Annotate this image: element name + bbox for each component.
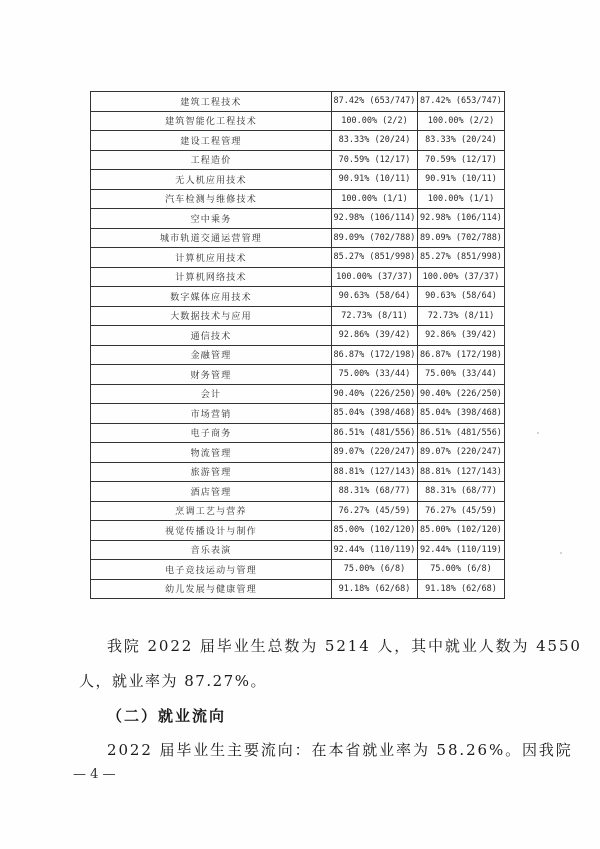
rate-cell-a: 72.73% (8/11) — [332, 306, 418, 326]
major-cell: 汽车检测与维修技术 — [91, 189, 332, 209]
rate-cell-a: 100.00% (2/2) — [332, 111, 418, 131]
rate-cell-b: 76.27% (45/59) — [418, 501, 505, 521]
major-cell: 建筑工程技术 — [91, 92, 332, 112]
rate-cell-b: 83.33% (20/24) — [418, 131, 505, 151]
major-cell: 旅游管理 — [91, 462, 332, 482]
table-row: 视觉传播设计与制作85.00% (102/120)85.00% (102/120… — [91, 521, 505, 541]
rate-cell-b: 85.00% (102/120) — [418, 521, 505, 541]
table-body: 建筑工程技术87.42% (653/747)87.42% (653/747) 建… — [91, 92, 505, 599]
rate-cell-a: 90.91% (10/11) — [332, 170, 418, 190]
employment-rate-table: 建筑工程技术87.42% (653/747)87.42% (653/747) 建… — [90, 91, 501, 599]
table-row: 烹调工艺与营养76.27% (45/59)76.27% (45/59) — [91, 501, 505, 521]
page-number: — 4 — — [73, 767, 116, 782]
table-row: 汽车检测与维修技术100.00% (1/1)100.00% (1/1) — [91, 189, 505, 209]
rate-cell-a: 86.51% (481/556) — [332, 423, 418, 443]
major-cell: 物流管理 — [91, 443, 332, 463]
rate-cell-b: 100.00% (37/37) — [418, 267, 505, 287]
table-row: 幼儿发展与健康管理91.18% (62/68)91.18% (62/68) — [91, 579, 505, 599]
rate-cell-a: 88.31% (68/77) — [332, 482, 418, 502]
rate-cell-b: 88.31% (68/77) — [418, 482, 505, 502]
rate-cell-b: 85.04% (398/468) — [418, 404, 505, 424]
rate-cell-b: 90.91% (10/11) — [418, 170, 505, 190]
body-paragraph-destination: 2022 届毕业生主要流向：在本省就业率为 58.26%。因我院 — [107, 740, 573, 760]
major-cell: 烹调工艺与营养 — [91, 501, 332, 521]
major-cell: 通信技术 — [91, 326, 332, 346]
table-row: 市场营销85.04% (398/468)85.04% (398/468) — [91, 404, 505, 424]
scan-speck — [560, 552, 562, 554]
table-row: 建设工程管理83.33% (20/24)83.33% (20/24) — [91, 131, 505, 151]
rate-cell-b: 72.73% (8/11) — [418, 306, 505, 326]
major-cell: 计算机应用技术 — [91, 248, 332, 268]
rate-cell-a: 85.04% (398/468) — [332, 404, 418, 424]
major-cell: 市场营销 — [91, 404, 332, 424]
major-cell: 计算机网络技术 — [91, 267, 332, 287]
major-cell: 无人机应用技术 — [91, 170, 332, 190]
rate-cell-a: 86.87% (172/198) — [332, 345, 418, 365]
rate-cell-a: 87.42% (653/747) — [332, 92, 418, 112]
table-row: 城市轨道交通运营管理89.09% (702/788)89.09% (702/78… — [91, 228, 505, 248]
table-row: 电子商务86.51% (481/556)86.51% (481/556) — [91, 423, 505, 443]
table-row: 音乐表演92.44% (110/119)92.44% (110/119) — [91, 540, 505, 560]
rate-cell-a: 92.86% (39/42) — [332, 326, 418, 346]
rate-cell-a: 89.09% (702/788) — [332, 228, 418, 248]
rate-cell-b: 91.18% (62/68) — [418, 579, 505, 599]
body-paragraph-employment-rate: 人，就业率为 87.27%。 — [79, 671, 267, 691]
rate-cell-b: 89.09% (702/788) — [418, 228, 505, 248]
rate-cell-a: 92.44% (110/119) — [332, 540, 418, 560]
rate-cell-a: 76.27% (45/59) — [332, 501, 418, 521]
rate-cell-b: 100.00% (1/1) — [418, 189, 505, 209]
major-cell: 金融管理 — [91, 345, 332, 365]
rate-cell-b: 92.44% (110/119) — [418, 540, 505, 560]
rate-cell-b: 90.40% (226/250) — [418, 384, 505, 404]
rate-cell-b: 92.98% (106/114) — [418, 209, 505, 229]
major-cell: 城市轨道交通运营管理 — [91, 228, 332, 248]
table-row: 数字媒体应用技术90.63% (58/64)90.63% (58/64) — [91, 287, 505, 307]
major-cell: 视觉传播设计与制作 — [91, 521, 332, 541]
rate-cell-a: 88.81% (127/143) — [332, 462, 418, 482]
rate-cell-a: 91.18% (62/68) — [332, 579, 418, 599]
employment-table: 建筑工程技术87.42% (653/747)87.42% (653/747) 建… — [90, 91, 505, 599]
table-row: 计算机应用技术85.27% (851/998)85.27% (851/998) — [91, 248, 505, 268]
table-row: 无人机应用技术90.91% (10/11)90.91% (10/11) — [91, 170, 505, 190]
rate-cell-a: 75.00% (6/8) — [332, 560, 418, 580]
table-row: 建筑智能化工程技术100.00% (2/2)100.00% (2/2) — [91, 111, 505, 131]
table-row: 电子竞技运动与管理75.00% (6/8)75.00% (6/8) — [91, 560, 505, 580]
rate-cell-a: 75.00% (33/44) — [332, 365, 418, 385]
table-row: 酒店管理88.31% (68/77)88.31% (68/77) — [91, 482, 505, 502]
rate-cell-b: 87.42% (653/747) — [418, 92, 505, 112]
table-row: 大数据技术与应用72.73% (8/11)72.73% (8/11) — [91, 306, 505, 326]
table-row: 财务管理75.00% (33/44)75.00% (33/44) — [91, 365, 505, 385]
rate-cell-a: 92.98% (106/114) — [332, 209, 418, 229]
table-row: 建筑工程技术87.42% (653/747)87.42% (653/747) — [91, 92, 505, 112]
table-row: 工程造价70.59% (12/17)70.59% (12/17) — [91, 150, 505, 170]
rate-cell-a: 85.00% (102/120) — [332, 521, 418, 541]
major-cell: 会计 — [91, 384, 332, 404]
rate-cell-a: 90.63% (58/64) — [332, 287, 418, 307]
major-cell: 音乐表演 — [91, 540, 332, 560]
rate-cell-a: 85.27% (851/998) — [332, 248, 418, 268]
rate-cell-b: 88.81% (127/143) — [418, 462, 505, 482]
rate-cell-b: 89.07% (220/247) — [418, 443, 505, 463]
table-row: 通信技术92.86% (39/42)92.86% (39/42) — [91, 326, 505, 346]
rate-cell-b: 86.51% (481/556) — [418, 423, 505, 443]
rate-cell-b: 86.87% (172/198) — [418, 345, 505, 365]
rate-cell-b: 92.86% (39/42) — [418, 326, 505, 346]
rate-cell-a: 100.00% (37/37) — [332, 267, 418, 287]
rate-cell-b: 70.59% (12/17) — [418, 150, 505, 170]
table-row: 空中乘务92.98% (106/114)92.98% (106/114) — [91, 209, 505, 229]
major-cell: 电子竞技运动与管理 — [91, 560, 332, 580]
rate-cell-a: 100.00% (1/1) — [332, 189, 418, 209]
rate-cell-b: 75.00% (6/8) — [418, 560, 505, 580]
major-cell: 酒店管理 — [91, 482, 332, 502]
rate-cell-a: 89.07% (220/247) — [332, 443, 418, 463]
document-page: 建筑工程技术87.42% (653/747)87.42% (653/747) 建… — [0, 0, 600, 849]
major-cell: 工程造价 — [91, 150, 332, 170]
major-cell: 建设工程管理 — [91, 131, 332, 151]
major-cell: 空中乘务 — [91, 209, 332, 229]
section-heading-employment-destination: （二）就业流向 — [107, 706, 226, 726]
table-row: 旅游管理88.81% (127/143)88.81% (127/143) — [91, 462, 505, 482]
rate-cell-a: 90.40% (226/250) — [332, 384, 418, 404]
rate-cell-a: 83.33% (20/24) — [332, 131, 418, 151]
table-row: 物流管理89.07% (220/247)89.07% (220/247) — [91, 443, 505, 463]
rate-cell-b: 100.00% (2/2) — [418, 111, 505, 131]
major-cell: 财务管理 — [91, 365, 332, 385]
rate-cell-b: 90.63% (58/64) — [418, 287, 505, 307]
major-cell: 幼儿发展与健康管理 — [91, 579, 332, 599]
table-row: 会计90.40% (226/250)90.40% (226/250) — [91, 384, 505, 404]
body-paragraph-total-graduates: 我院 2022 届毕业生总数为 5214 人，其中就业人数为 4550 — [107, 636, 582, 656]
table-row: 计算机网络技术100.00% (37/37)100.00% (37/37) — [91, 267, 505, 287]
rate-cell-b: 85.27% (851/998) — [418, 248, 505, 268]
rate-cell-b: 75.00% (33/44) — [418, 365, 505, 385]
rate-cell-a: 70.59% (12/17) — [332, 150, 418, 170]
major-cell: 大数据技术与应用 — [91, 306, 332, 326]
table-row: 金融管理86.87% (172/198)86.87% (172/198) — [91, 345, 505, 365]
major-cell: 电子商务 — [91, 423, 332, 443]
scan-speck — [537, 432, 539, 434]
major-cell: 建筑智能化工程技术 — [91, 111, 332, 131]
major-cell: 数字媒体应用技术 — [91, 287, 332, 307]
